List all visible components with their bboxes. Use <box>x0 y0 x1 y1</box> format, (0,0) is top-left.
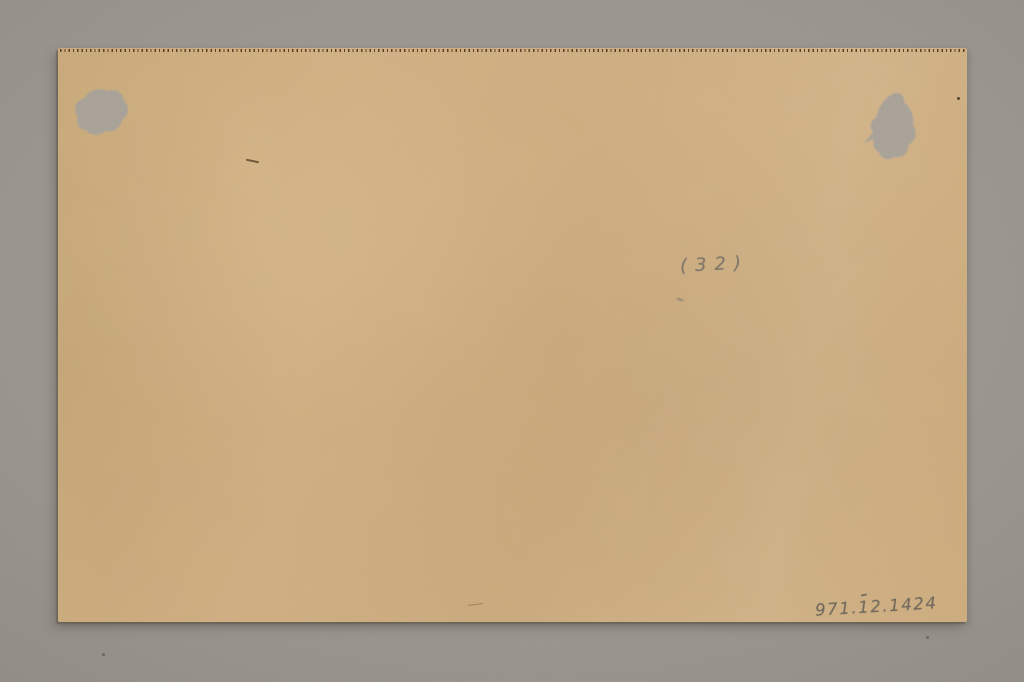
hairline-fiber <box>468 603 483 606</box>
pencil-inscription-number: (32) <box>679 252 749 277</box>
adhesive-residue-left <box>68 86 132 138</box>
adhesive-residue-right <box>862 91 924 161</box>
background-speck <box>926 636 929 639</box>
fiber-speck <box>246 159 259 163</box>
pencil-stray-dash <box>861 593 867 596</box>
dirt-speck <box>957 97 960 100</box>
background-speck <box>102 653 105 656</box>
paper-texture <box>58 48 967 622</box>
pencil-smudge <box>676 297 685 302</box>
pencil-inscription-accession: 971.12.1424 <box>815 593 939 619</box>
paper-sheet: (32) 971.12.1424 <box>58 48 967 622</box>
photo-background: (32) 971.12.1424 <box>0 0 1024 682</box>
perforated-edge <box>60 49 965 52</box>
